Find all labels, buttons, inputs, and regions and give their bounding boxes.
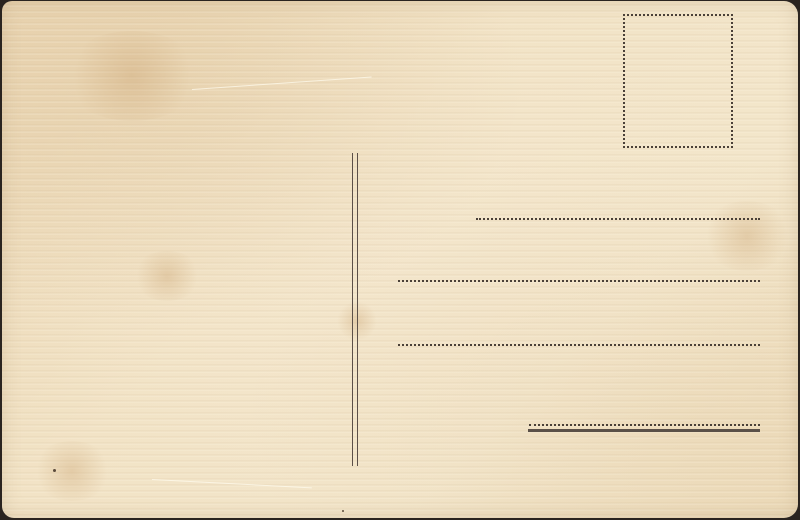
- address-line-4-underline: [528, 429, 760, 432]
- double-vertical-divider: [352, 153, 358, 466]
- age-stain: [702, 201, 792, 271]
- address-line-2: [398, 280, 760, 282]
- postcard-back: [2, 1, 798, 518]
- address-line-4: [529, 424, 760, 426]
- age-stain: [132, 251, 202, 301]
- ink-speck: [342, 510, 344, 512]
- address-line-3: [398, 344, 760, 346]
- address-line-1: [476, 218, 760, 220]
- paper-crease: [192, 76, 372, 90]
- scene-background: [0, 0, 800, 520]
- paper-crease: [152, 479, 312, 488]
- age-stain: [32, 441, 112, 501]
- age-stain: [62, 31, 202, 121]
- ink-speck: [53, 469, 56, 472]
- stamp-box: [623, 14, 733, 148]
